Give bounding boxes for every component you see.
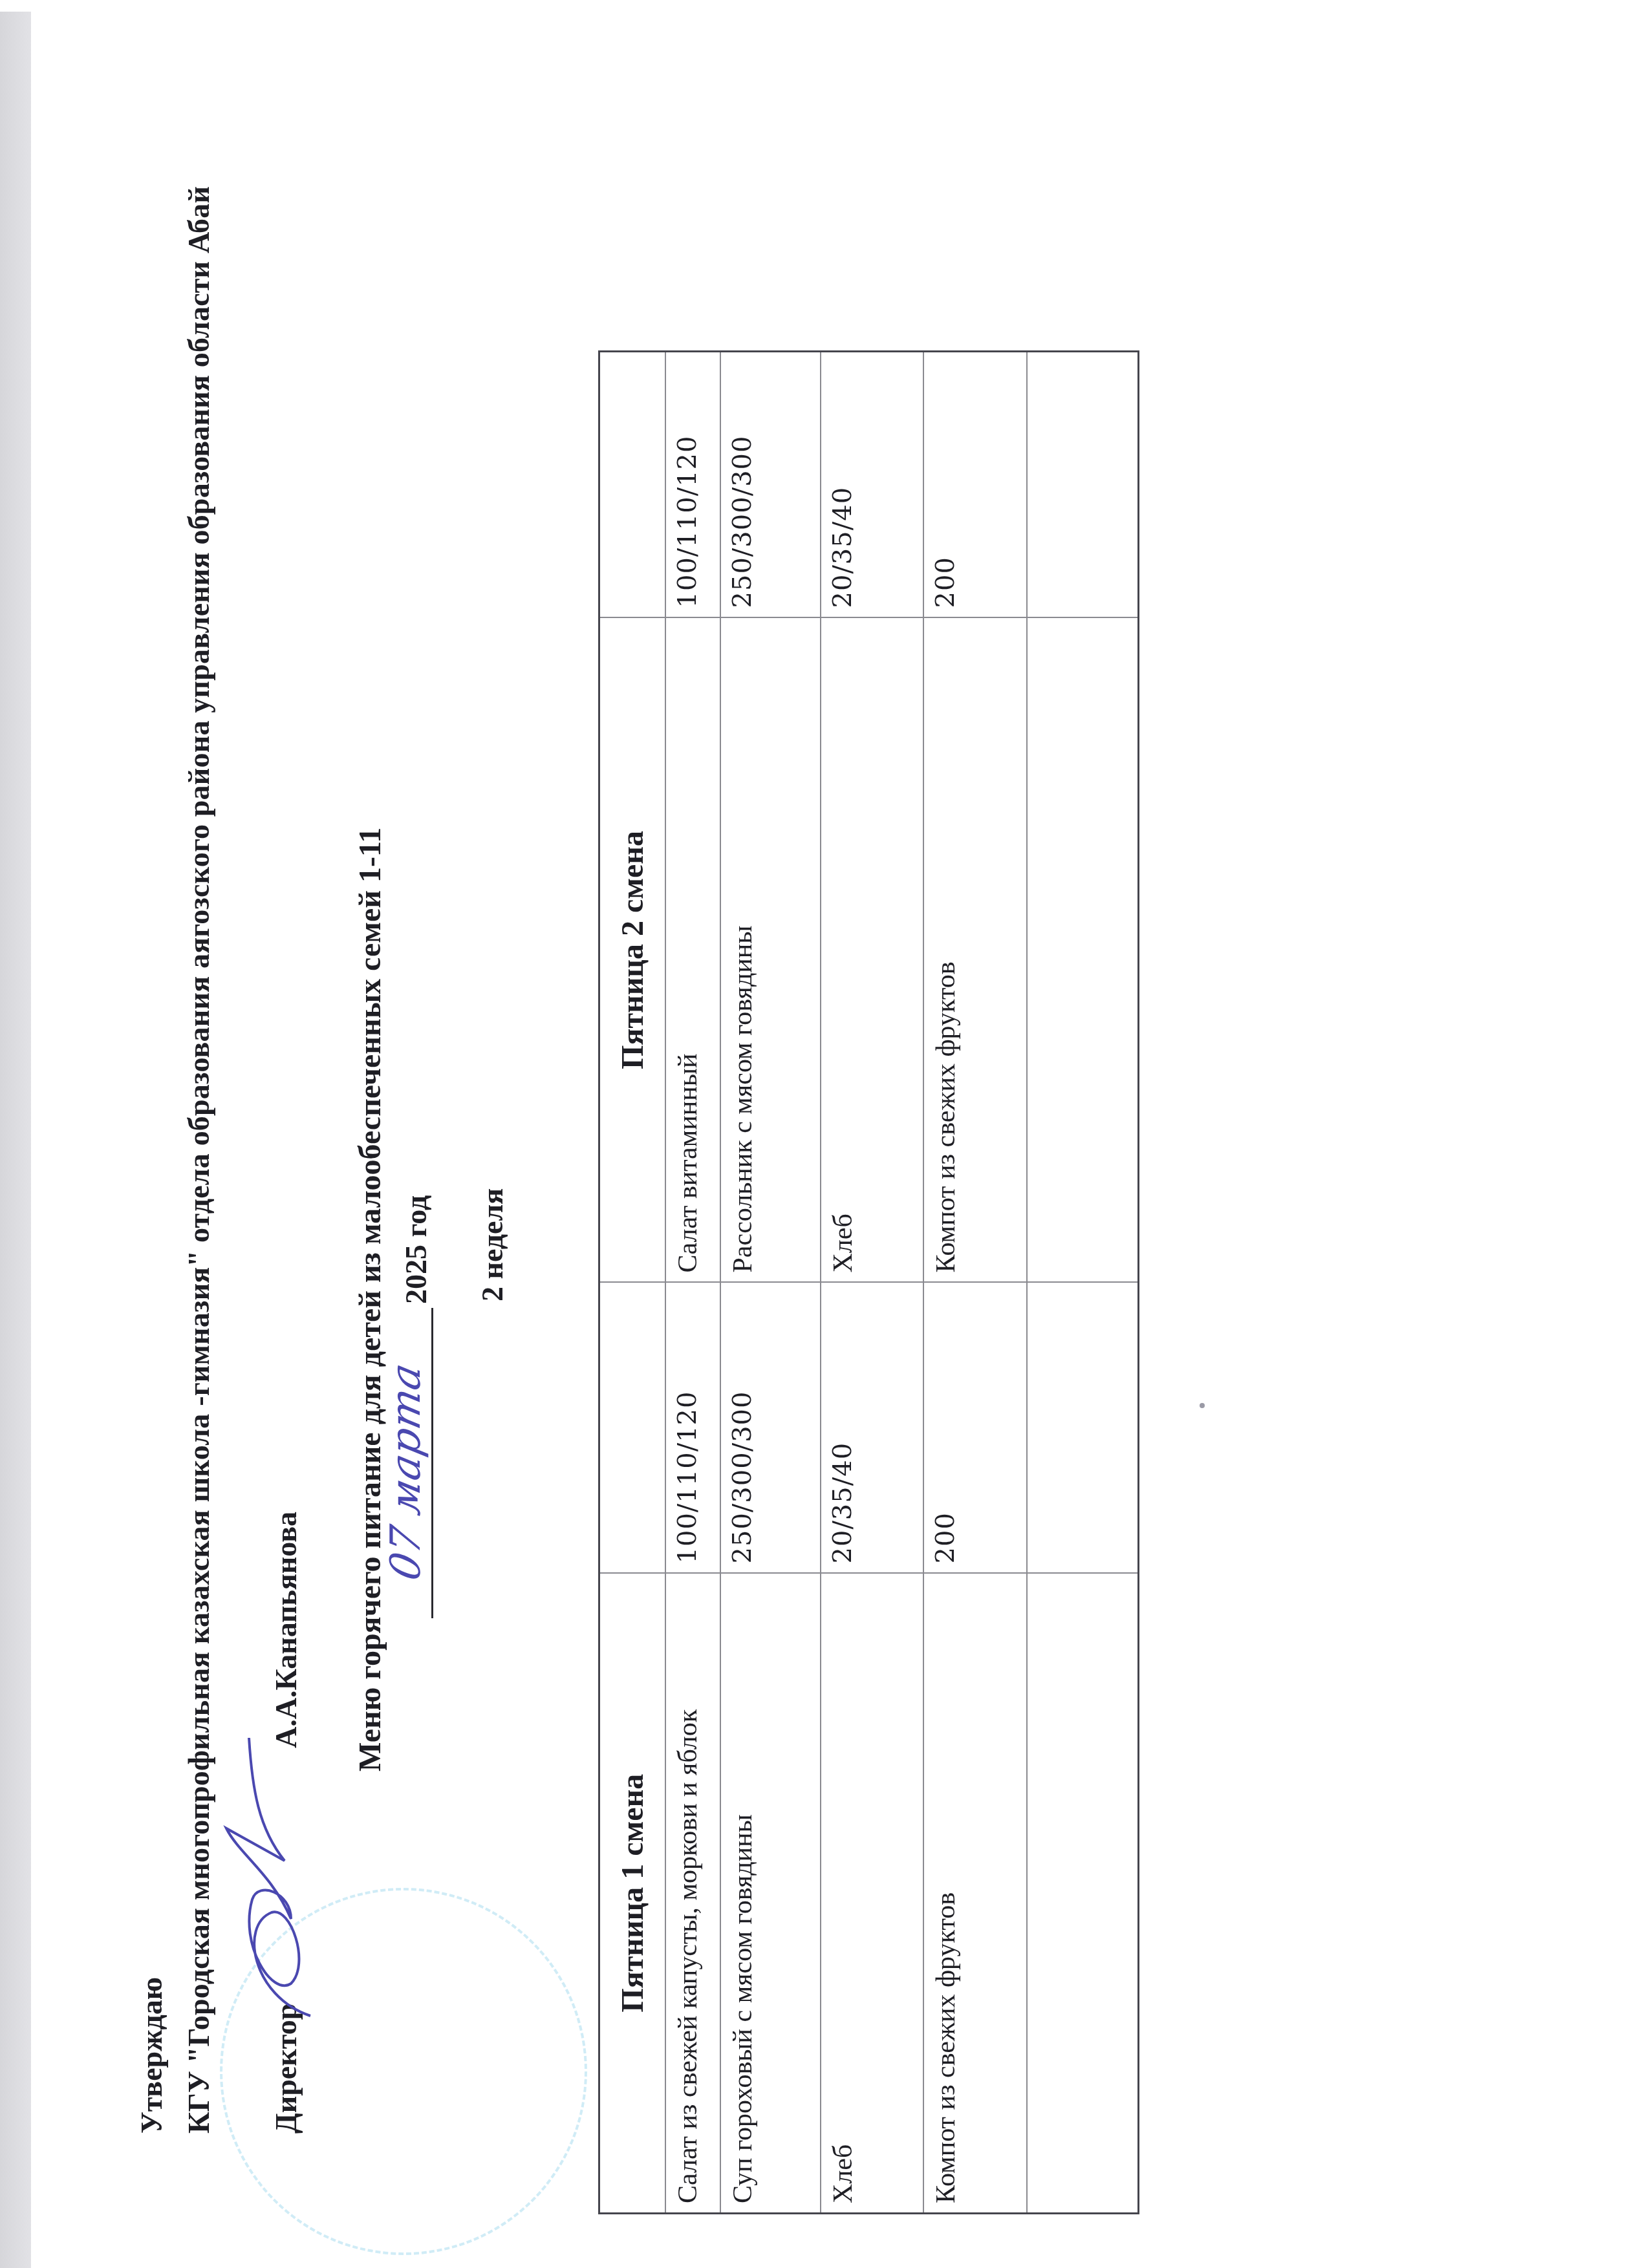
- shift2-dish: Рассольник с мясом говядины: [720, 618, 821, 1283]
- shift2-dish: [1027, 618, 1139, 1283]
- scan-speck: [1200, 1403, 1205, 1408]
- organization-name: КГУ "Городская многопрофильная казахская…: [184, 186, 214, 2134]
- table-row: Хлеб 20/35/40 Хлеб 20/35/40: [821, 352, 923, 2214]
- table-row: Компот из свежих фруктов 200 Компот из с…: [923, 352, 1027, 2214]
- date-field: 07 марта: [398, 1308, 433, 1618]
- table-row: Салат из свежей капусты, моркови и яблок…: [665, 352, 720, 2214]
- date-row: 07 марта 2025 год: [398, 1195, 433, 1618]
- shift1-portion: 250/300/300: [720, 1283, 821, 1574]
- shift2-portion: 200: [923, 352, 1027, 618]
- shift2-dish: Компот из свежих фруктов: [923, 618, 1027, 1283]
- shift2-dish: Салат витаминный: [665, 618, 720, 1283]
- shift1-dish: Хлеб: [821, 1574, 923, 2214]
- shift2-portion: 20/35/40: [821, 352, 923, 618]
- shift1-portion: 100/110/120: [665, 1283, 720, 1574]
- shift1-portion: 200: [923, 1283, 1027, 1574]
- shift2-portion: 250/300/300: [720, 352, 821, 618]
- shift1-portion: 20/35/40: [821, 1283, 923, 1574]
- header-shift2-portion: [599, 352, 666, 618]
- shift2-portion: [1027, 352, 1139, 618]
- shift1-dish: [1027, 1574, 1139, 2214]
- table-row: Суп гороховый с мясом говядины 250/300/3…: [720, 352, 821, 2214]
- menu-table: Пятница 1 смена Пятница 2 смена Салат из…: [598, 350, 1139, 2214]
- week-label: 2 неделя: [475, 1188, 510, 1301]
- shift2-portion: 100/110/120: [665, 352, 720, 618]
- shift1-dish: Компот из свежих фруктов: [923, 1574, 1027, 2214]
- table-row: [1027, 352, 1139, 2214]
- document-page: Утверждаю КГУ "Городская многопрофильная…: [0, 0, 1649, 2268]
- shift1-dish: Суп гороховый с мясом говядины: [720, 1574, 821, 2214]
- menu-title: Меню горячего питание для детей из малоо…: [352, 828, 388, 1771]
- signature-icon: [213, 1725, 336, 2022]
- shift1-portion: [1027, 1283, 1139, 1574]
- date-year: 2025 год: [399, 1195, 433, 1304]
- table-header-row: Пятница 1 смена Пятница 2 смена: [599, 352, 666, 2214]
- approve-label: Утверждаю: [137, 1977, 167, 2134]
- header-shift2: Пятница 2 смена: [599, 618, 666, 1283]
- header-shift1: Пятница 1 смена: [599, 1574, 666, 2214]
- header-shift1-portion: [599, 1283, 666, 1574]
- handwritten-date: 07 марта: [382, 1359, 430, 1585]
- director-name: А.А.Канапьянова: [272, 1512, 301, 1748]
- shift1-dish: Салат из свежей капусты, моркови и яблок: [665, 1574, 720, 2214]
- director-label: Директор: [272, 2004, 301, 2134]
- shift2-dish: Хлеб: [821, 618, 923, 1283]
